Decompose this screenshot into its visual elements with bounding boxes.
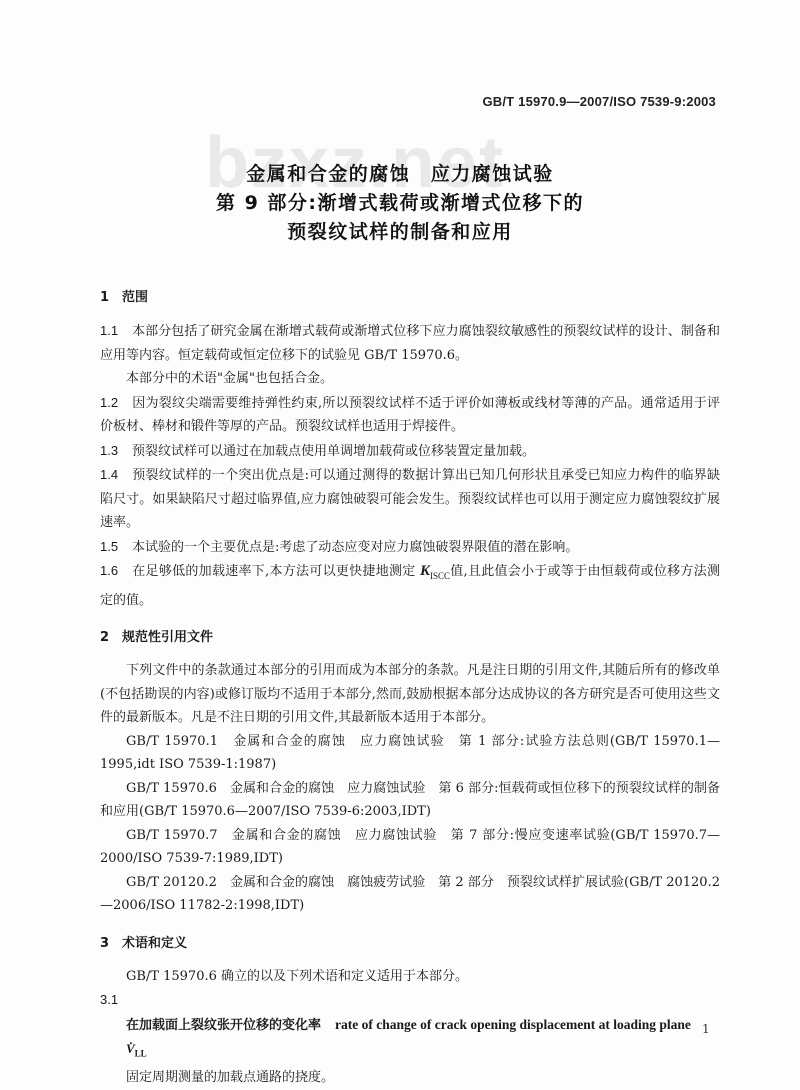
term-number: 3.1 — [100, 988, 720, 1013]
section-number: 2 — [100, 626, 122, 650]
clause-number: 1.6 — [100, 559, 132, 583]
section-title: 范围 — [122, 290, 148, 305]
clause-1-6: 1.6在足够低的加载速率下,本方法可以更快捷地测定 KISCC值,且此值会小于或… — [100, 559, 720, 612]
term-symbol: V̇LL — [100, 1037, 720, 1066]
section-number: 3 — [100, 932, 122, 956]
clause-text: 在足够低的加载速率下,本方法可以更快捷地测定 — [132, 564, 420, 579]
title-line-2: 第 9 部分:渐增式载荷或渐增式位移下的 — [0, 189, 800, 218]
clause-1-4: 1.4预裂纹试样的一个突出优点是:可以通过测得的数据计算出已知几何形状且承受已知… — [100, 463, 720, 535]
reference-item: GB/T 20120.2 金属和合金的腐蚀 腐蚀疲劳试验 第 2 部分 预裂纹试… — [100, 871, 720, 918]
reference-code: GB/T 20120.2 — [126, 875, 217, 890]
clause-1-3: 1.3预裂纹试样可以通过在加载点使用单调增加载荷或位移装置定量加载。 — [100, 439, 720, 464]
document-title: 金属和合金的腐蚀 应力腐蚀试验 第 9 部分:渐增式载荷或渐增式位移下的 预裂纹… — [0, 160, 800, 247]
clause-number: 1.4 — [100, 463, 132, 487]
reference-code: GB/T 15970.7 — [126, 828, 218, 843]
k-iscc-symbol: KISCC — [420, 563, 450, 579]
clause-text: 本部分包括了研究金属在渐增式载荷或渐增式位移下应力腐蚀裂纹敏感性的预裂纹试样的设… — [100, 324, 720, 363]
term-entry: 在加载面上裂纹张开位移的变化率rate of change of crack o… — [100, 1013, 720, 1038]
clause-1-2: 1.2因为裂纹尖端需要维持弹性约束,所以预裂纹试样不适于评价如薄板或线材等薄的产… — [100, 391, 720, 439]
term-english: rate of change of crack opening displace… — [335, 1017, 691, 1032]
reference-item: GB/T 15970.6 金属和合金的腐蚀 应力腐蚀试验 第 6 部分:恒载荷或… — [100, 777, 720, 824]
clause-text: 本试验的一个主要优点是:考虑了动态应变对应力腐蚀破裂界限值的潜在影响。 — [132, 540, 578, 555]
clause-text: 本部分中的术语"金属"也包括合金。 — [126, 371, 333, 386]
section-heading-terms-definitions: 3术语和定义 — [100, 932, 720, 955]
term-chinese: 在加载面上裂纹张开位移的变化率 — [126, 1018, 321, 1033]
clause-1-1: 1.1本部分包括了研究金属在渐增式载荷或渐增式位移下应力腐蚀裂纹敏感性的预裂纹试… — [100, 319, 720, 367]
document-body: 1范围 1.1本部分包括了研究金属在渐增式载荷或渐增式位移下应力腐蚀裂纹敏感性的… — [100, 286, 720, 1090]
title-line-1: 金属和合金的腐蚀 应力腐蚀试验 — [0, 160, 800, 189]
section-heading-scope: 1范围 — [100, 286, 720, 309]
reference-code: GB/T 15970.1 — [126, 734, 218, 749]
document-page: GB/T 15970.9—2007/ISO 7539-9:2003 bzxz.n… — [0, 0, 800, 1090]
clause-1-5: 1.5本试验的一个主要优点是:考虑了动态应变对应力腐蚀破裂界限值的潜在影响。 — [100, 535, 720, 560]
reference-code: GB/T 15970.6 — [126, 781, 217, 796]
reference-item: GB/T 15970.1 金属和合金的腐蚀 应力腐蚀试验 第 1 部分:试验方法… — [100, 730, 720, 777]
clause-text: 因为裂纹尖端需要维持弹性约束,所以预裂纹试样不适于评价如薄板或线材等薄的产品。通… — [100, 396, 720, 435]
references-intro: 下列文件中的条款通过本部分的引用而成为本部分的条款。凡是注日期的引用文件,其随后… — [100, 659, 720, 730]
clause-number: 1.1 — [100, 319, 132, 343]
terms-intro: GB/T 15970.6 确立的以及下列术语和定义适用于本部分。 — [100, 965, 720, 989]
section-heading-normative-references: 2规范性引用文件 — [100, 626, 720, 649]
clause-text: 预裂纹试样的一个突出优点是:可以通过测得的数据计算出已知几何形状且承受已知应力构… — [100, 468, 720, 530]
clause-number: 1.5 — [100, 535, 132, 559]
clause-number: 1.2 — [100, 391, 132, 415]
clause-1-1-note: 本部分中的术语"金属"也包括合金。 — [100, 367, 720, 391]
standard-number: GB/T 15970.9—2007/ISO 7539-9:2003 — [482, 94, 716, 109]
title-line-3: 预裂纹试样的制备和应用 — [0, 218, 800, 247]
clause-text: 预裂纹试样可以通过在加载点使用单调增加载荷或位移装置定量加载。 — [132, 444, 535, 459]
section-title: 术语和定义 — [122, 936, 187, 951]
clause-number: 1.3 — [100, 439, 132, 463]
section-title: 规范性引用文件 — [122, 630, 213, 645]
term-definition: 固定周期测量的加载点通路的挠度。 — [100, 1066, 720, 1090]
reference-item: GB/T 15970.7 金属和合金的腐蚀 应力腐蚀试验 第 7 部分:慢应变速… — [100, 824, 720, 871]
section-number: 1 — [100, 286, 122, 310]
